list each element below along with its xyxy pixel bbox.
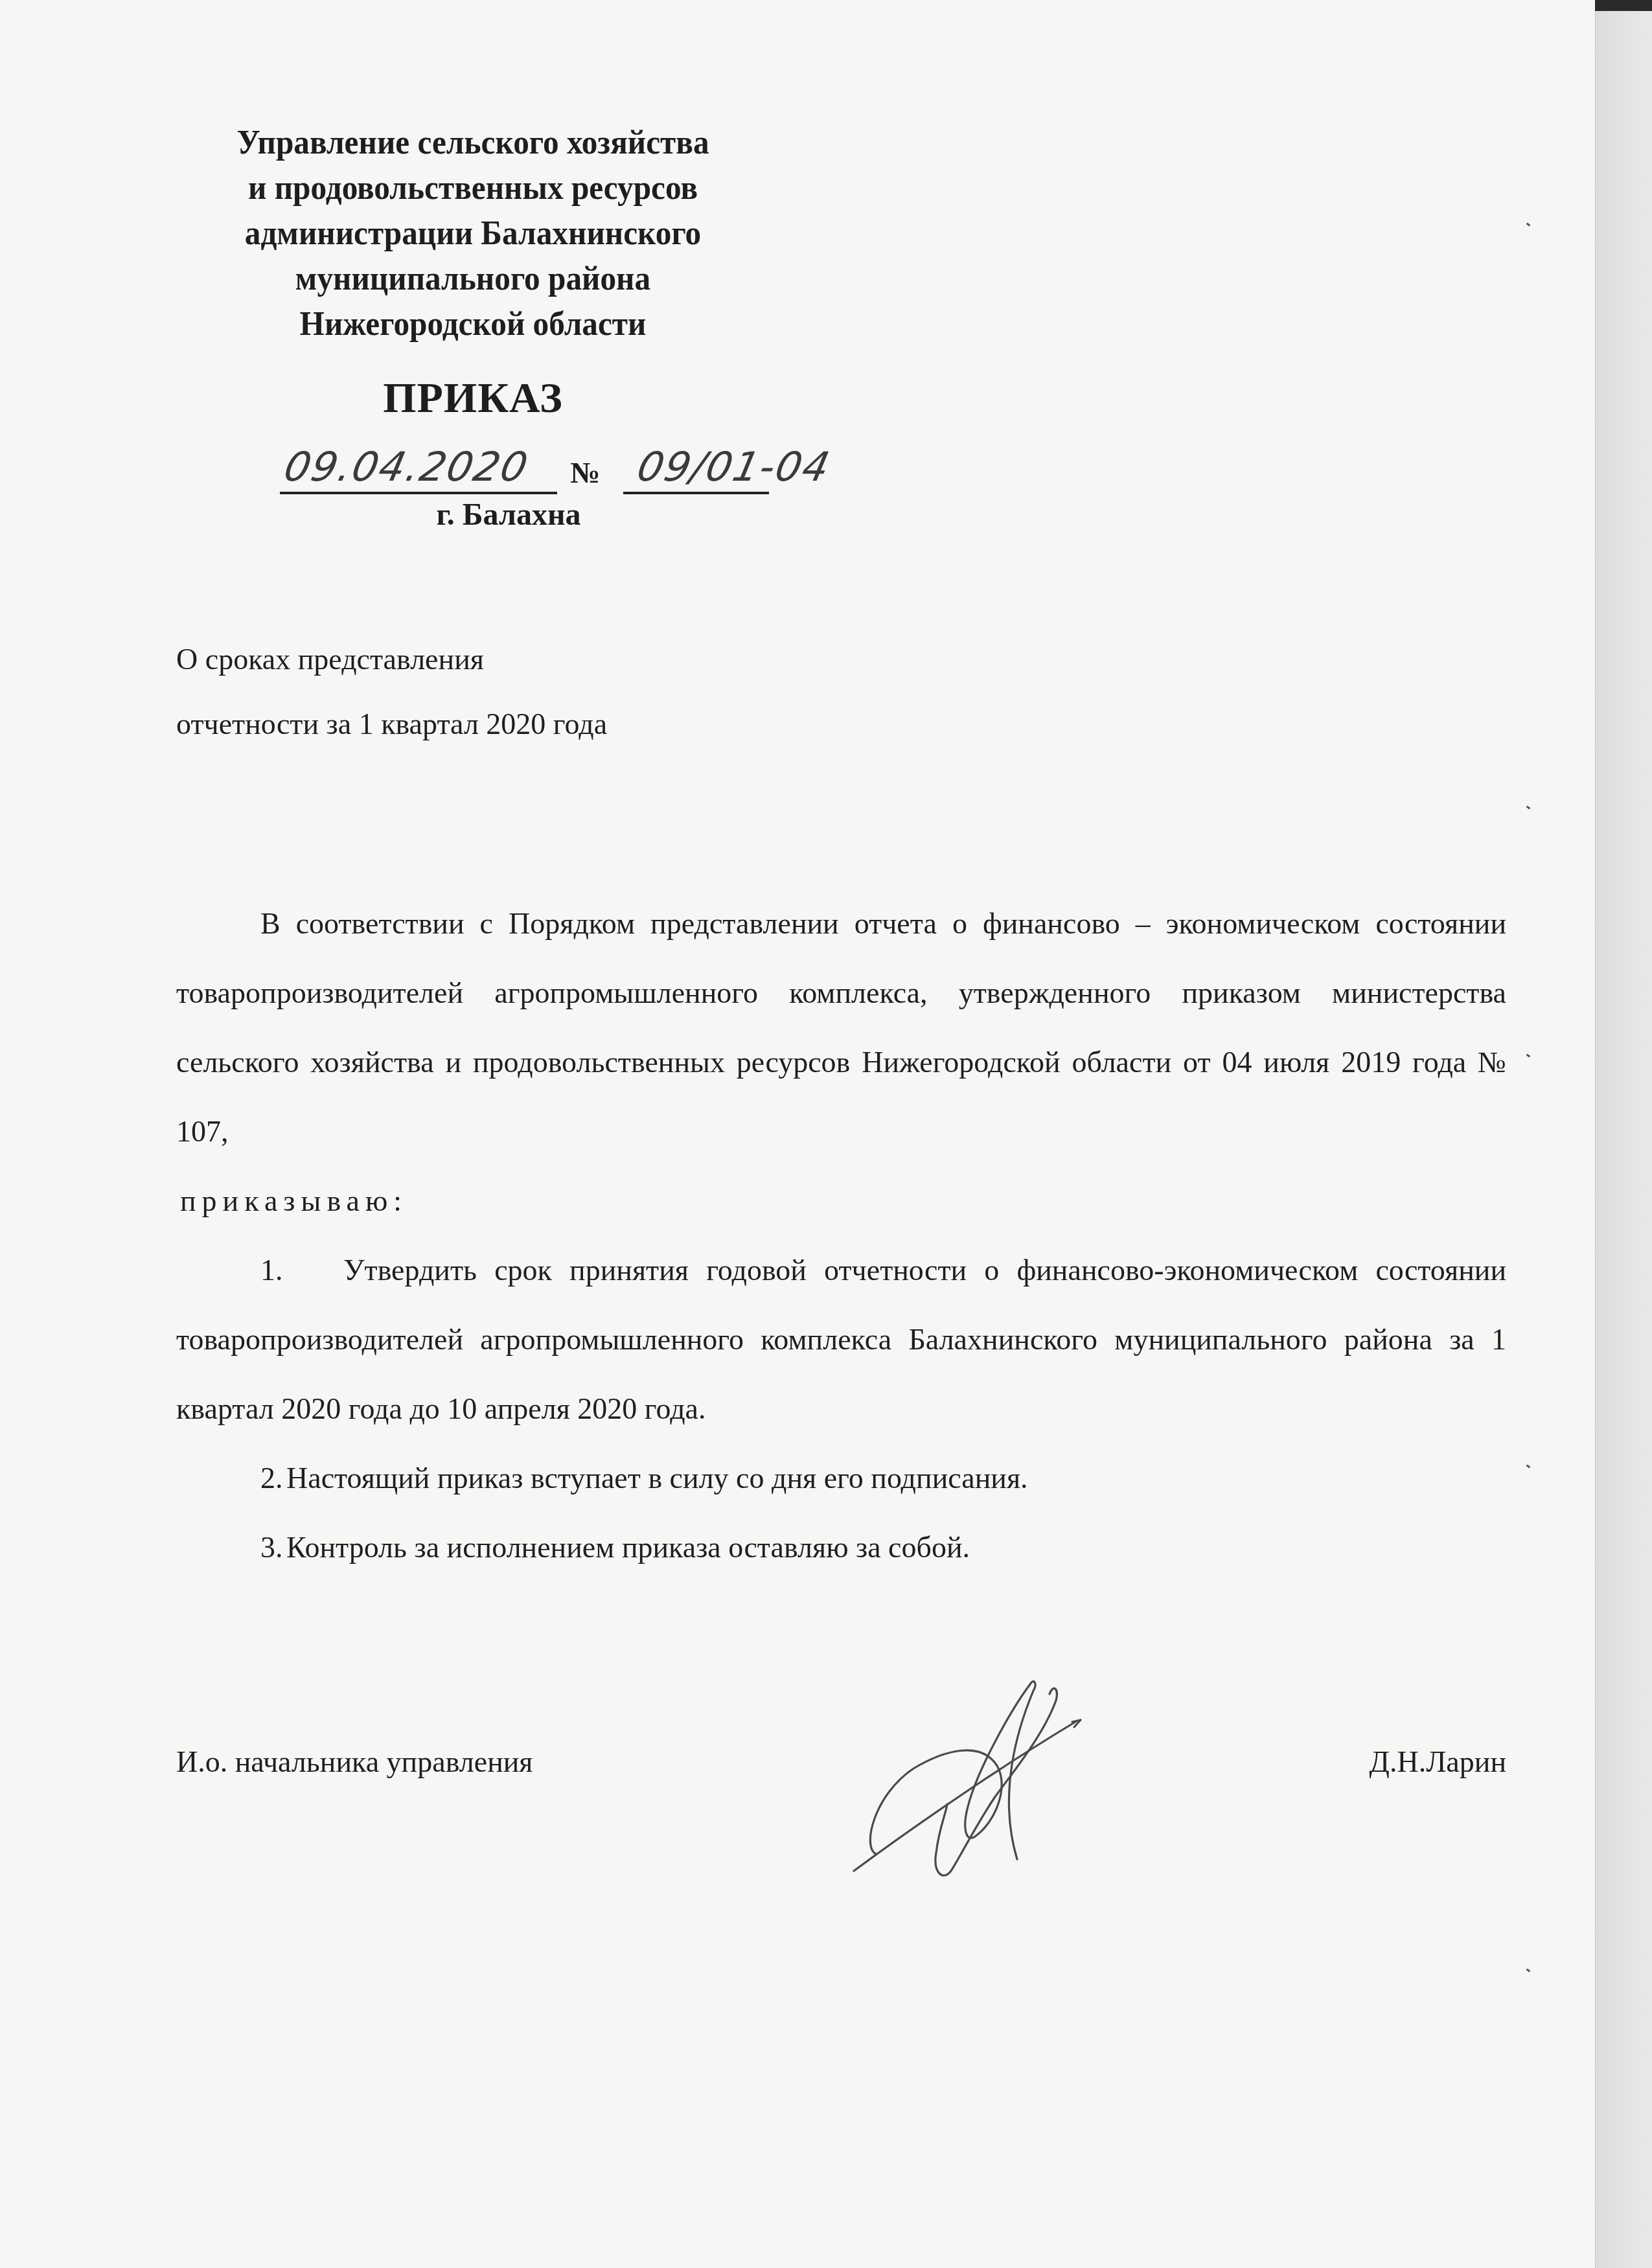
preamble-paragraph: В соответствии с Порядком представлении … — [176, 889, 1506, 1166]
header-line-5: Нижегородской области — [172, 301, 774, 347]
number-underline — [623, 492, 769, 494]
handwritten-date: 09.04.2020 — [280, 443, 533, 490]
scan-speck — [1526, 1969, 1531, 1973]
number-sign: № — [570, 455, 600, 490]
item-text: Утвердить срок принятия годовой отчетнос… — [176, 1254, 1506, 1425]
item-number: 2. — [260, 1443, 286, 1513]
header-line-1: Управление сельского хозяйства — [172, 120, 774, 165]
organization-header: Управление сельского хозяйства и продово… — [172, 120, 774, 347]
handwritten-number: 09/01-04 — [633, 443, 834, 490]
city-label: г. Балахна — [389, 496, 628, 534]
document-title: ПРИКАЗ — [343, 372, 602, 424]
handwritten-signature-icon — [836, 1665, 1082, 1879]
subject-line-1: О сроках представления — [176, 627, 607, 692]
signer-name: Д.Н.Ларин — [1370, 1743, 1506, 1781]
order-item-2: 2.Настоящий приказ вступает в силу со дн… — [176, 1443, 1506, 1513]
scan-speck — [1526, 223, 1531, 227]
decree-word: приказываю: — [176, 1166, 1506, 1235]
date-underline — [280, 492, 557, 494]
signer-position: И.о. начальника управления — [176, 1743, 533, 1781]
scan-speck — [1526, 1054, 1531, 1058]
item-text: Контроль за исполнением приказа оставляю… — [286, 1531, 970, 1564]
order-item-1: 1.Утвердить срок принятия годовой отчетн… — [176, 1235, 1506, 1443]
header-line-3: администрации Балахнинского — [172, 211, 774, 256]
scan-edge-top-band — [1595, 0, 1652, 11]
order-item-3: 3.Контроль за исполнением приказа оставл… — [176, 1513, 1506, 1582]
item-number: 3. — [260, 1513, 286, 1582]
scan-speck — [1526, 1465, 1531, 1469]
scan-speck — [1526, 806, 1531, 810]
subject-block: О сроках представления отчетности за 1 к… — [176, 627, 607, 757]
item-text: Настоящий приказ вступает в силу со дня … — [286, 1461, 1028, 1495]
header-line-4: муниципального района — [172, 256, 774, 301]
item-number: 1. — [260, 1235, 343, 1305]
document-body: В соответствии с Порядком представлении … — [176, 889, 1506, 1582]
header-line-2: и продовольственных ресурсов — [172, 165, 774, 211]
subject-line-2: отчетности за 1 квартал 2020 года — [176, 692, 607, 757]
scan-edge-strip — [1595, 0, 1652, 2268]
